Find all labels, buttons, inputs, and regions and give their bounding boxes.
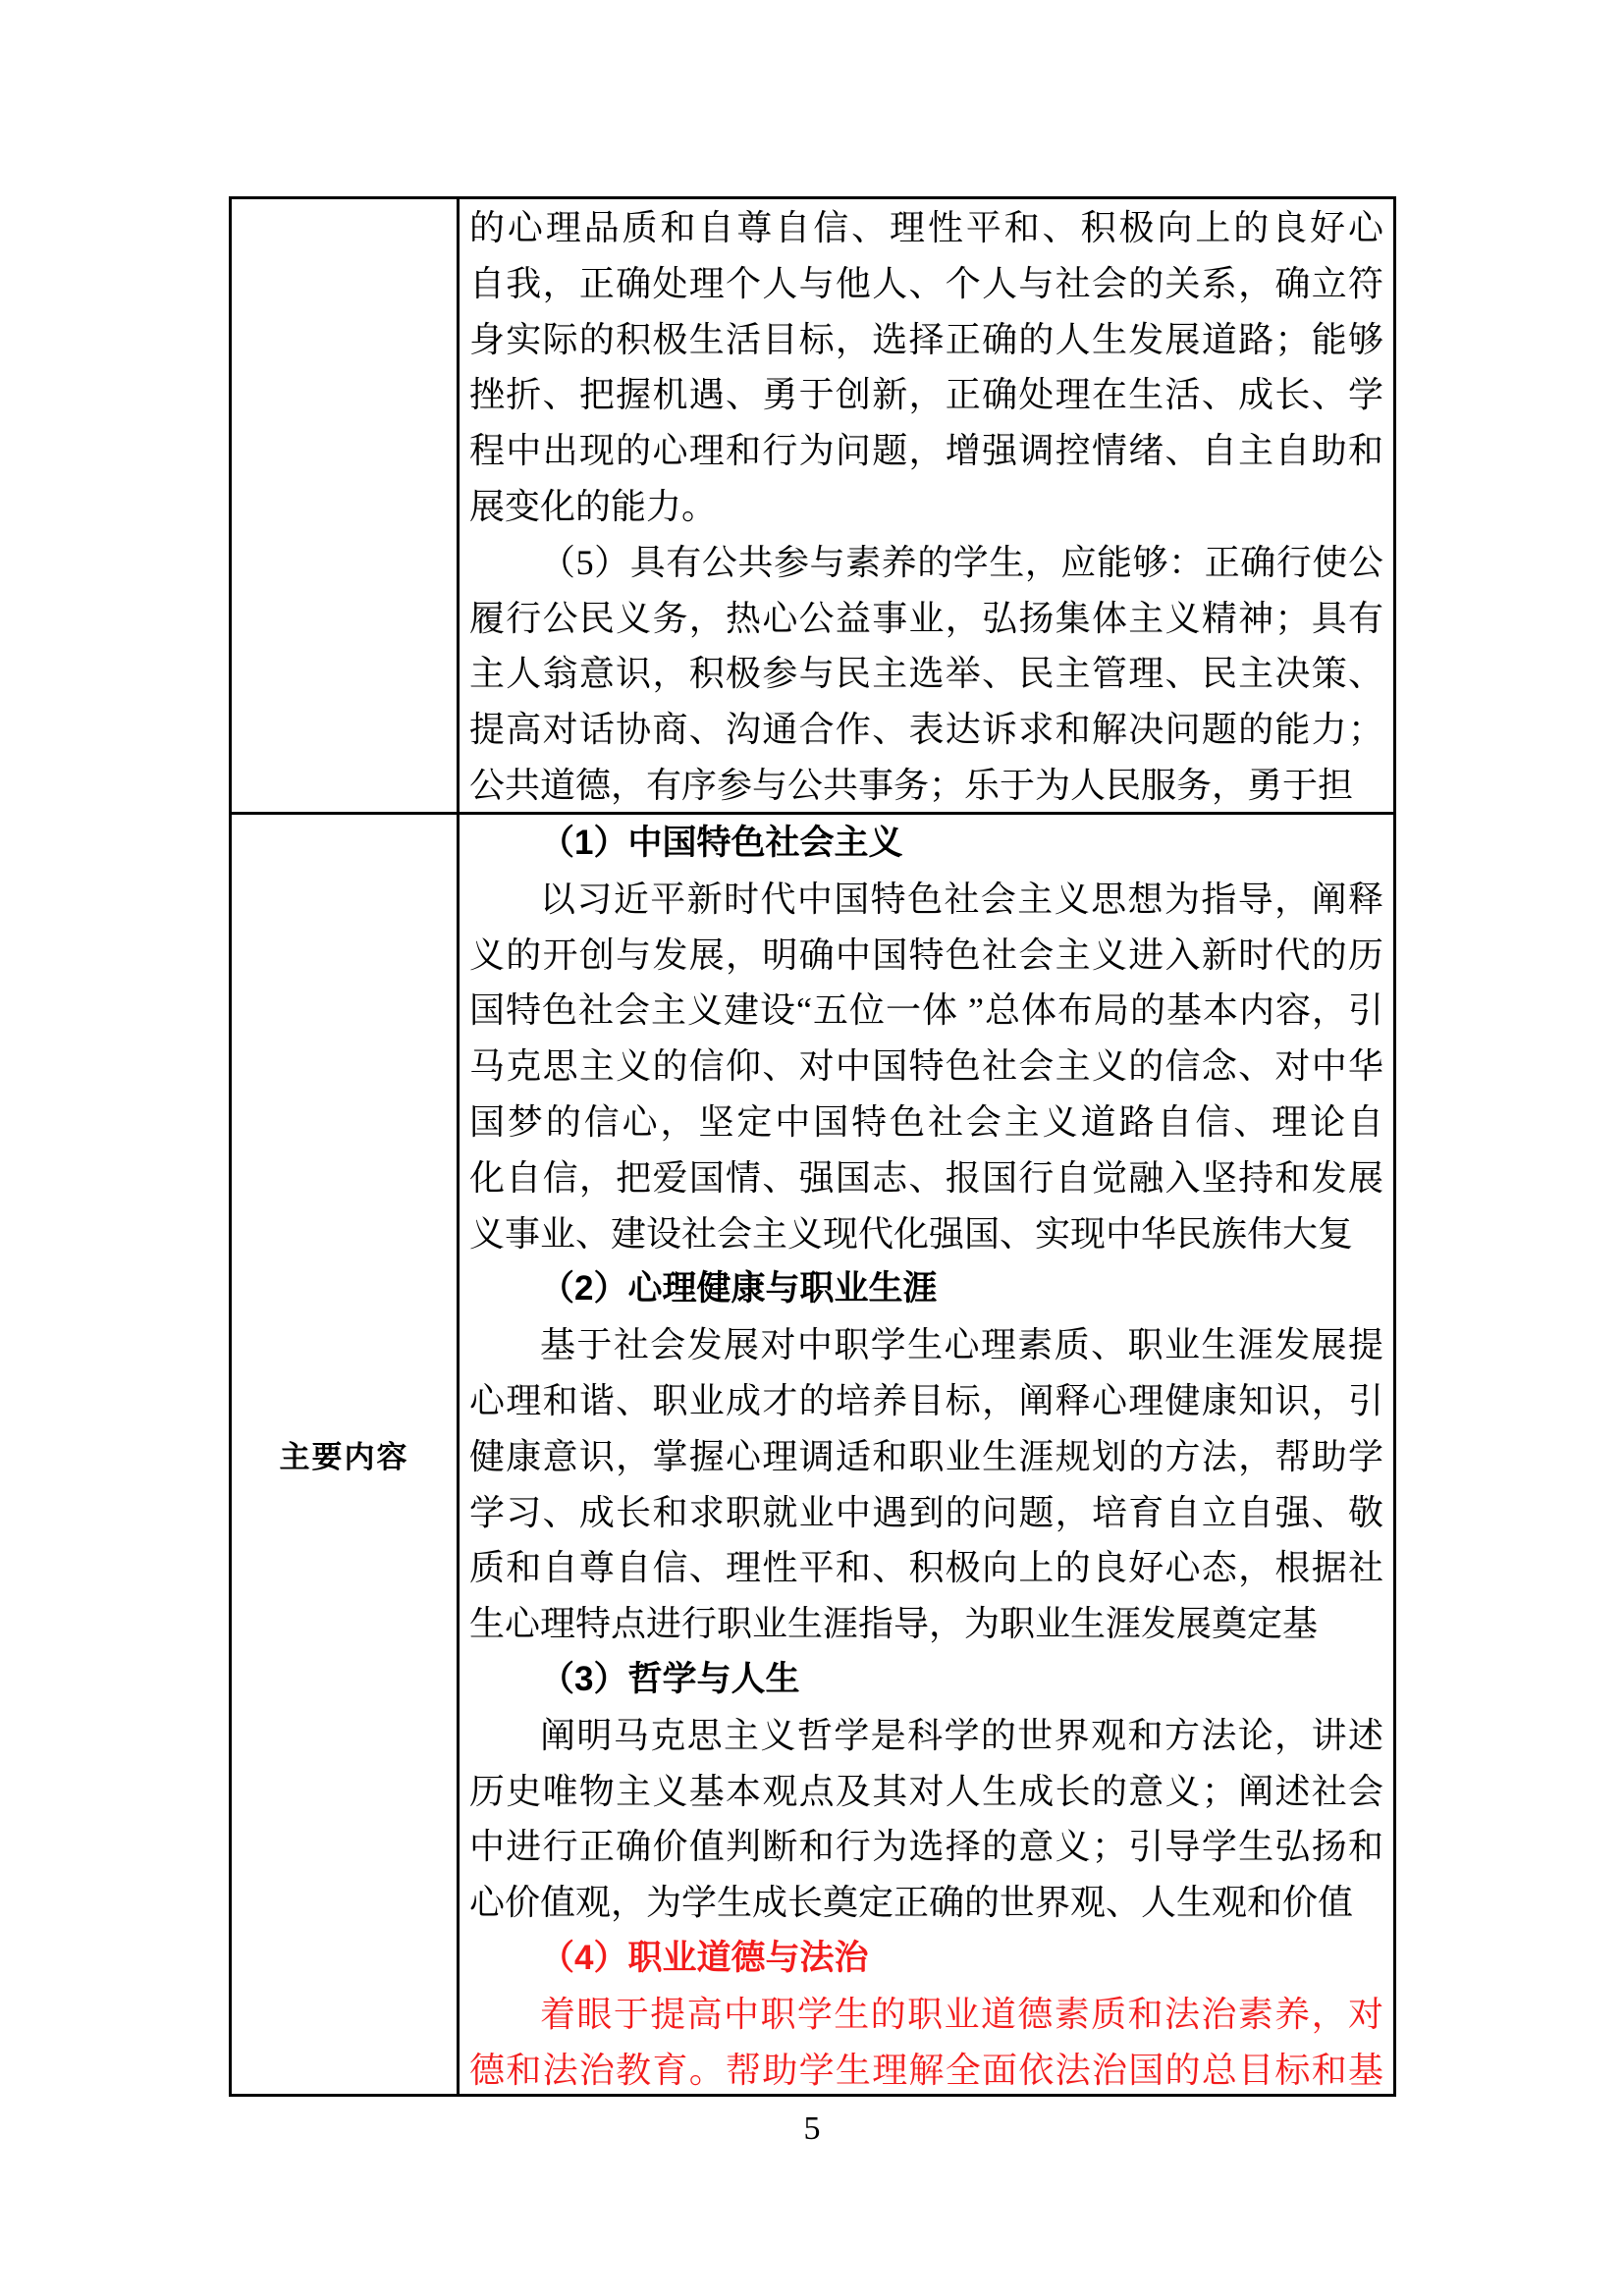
text-line: 公共道德，有序参与公共事务；乐于为人民服务，勇于担当社会责任。	[469, 758, 1383, 812]
text-line: 着眼于提高中职学生的职业道德素质和法治素养，对学生进行职业道	[469, 1987, 1383, 2043]
text-line: 提高对话协商、沟通合作、表达诉求和解决问题的能力；遵守社会规则和	[469, 702, 1383, 758]
table-row: 主要内容 （1）中国特色社会主义以习近平新时代中国特色社会主义思想为指导，阐释中…	[232, 812, 1393, 2094]
text-line: 身实际的积极生活目标，选择正确的人生发展道路；能够适应环境、应对	[469, 312, 1383, 368]
text-line: （5）具有公共参与素养的学生，应能够：正确行使公民权利， 自觉	[469, 535, 1383, 591]
label-cell: 主要内容	[232, 815, 460, 2094]
text-line: 历史唯物主义基本观点及其对人生成长的意义；阐述社会生活及个人成长	[469, 1764, 1383, 1820]
text-line: 阐明马克思主义哲学是科学的世界观和方法论，讲述辩证唯物主义和	[469, 1708, 1383, 1764]
content-cell: 的心理品质和自尊自信、理性平和、积极向上的良好心态；能够正确认识自我，正确处理个…	[460, 199, 1393, 812]
text-line: 德和法治教育。帮助学生理解全面依法治国的总目标和基本要求，了解职	[469, 2043, 1383, 2094]
text-line: 基于社会发展对中职学生心理素质、职业生涯发展提出的新要求以及	[469, 1317, 1383, 1373]
text-line: 义事业、建设社会主义现代化强国、实现中华民族伟大复兴的奋斗之中。	[469, 1206, 1383, 1262]
text-line: 马克思主义的信仰、对中国特色社会主义的信念、对中华民族伟大复兴中	[469, 1039, 1383, 1095]
text-line: 国梦的信心，坚定中国特色社会主义道路自信、理论自信、制度自信、文	[469, 1095, 1383, 1150]
content-table: 的心理品质和自尊自信、理性平和、积极向上的良好心态；能够正确认识自我，正确处理个…	[229, 196, 1396, 2097]
table-row: 的心理品质和自尊自信、理性平和、积极向上的良好心态；能够正确认识自我，正确处理个…	[232, 199, 1393, 812]
text-line: 展变化的能力。	[469, 479, 1383, 535]
text-line: 学习、成长和求职就业中遇到的问题，培育自立自强、敬业乐群的心理品	[469, 1485, 1383, 1541]
text-line: 的心理品质和自尊自信、理性平和、积极向上的良好心态；能够正确认识	[469, 200, 1383, 256]
text-line: 自我，正确处理个人与他人、个人与社会的关系，确立符合社会需要和自	[469, 256, 1383, 312]
text-line: 心价值观，为学生成长奠定正确的世界观、人生观和价值观基础。	[469, 1875, 1383, 1931]
text-line: 主人翁意识，积极参与民主选举、民主管理、民主决策、民主监督的实践，	[469, 646, 1383, 702]
text-line: 化自信，把爱国情、强国志、报国行自觉融入坚持和发展中国特色社会主	[469, 1150, 1383, 1206]
section-heading: （4）职业道德与法治	[469, 1931, 1383, 1987]
text-line: 中进行正确价值判断和行为选择的意义；引导学生弘扬和践行社会主义核	[469, 1819, 1383, 1875]
content-cell: （1）中国特色社会主义以习近平新时代中国特色社会主义思想为指导，阐释中国特色社会…	[460, 815, 1393, 2094]
page-number: 5	[0, 2110, 1624, 2148]
row-label-main-content: 主要内容	[280, 1432, 409, 1476]
text-line: 以习近平新时代中国特色社会主义思想为指导，阐释中国特色社会主	[469, 872, 1383, 928]
text-line: 挫折、把握机遇、勇于创新，正确处理在生活、成长、学习和求职就业过	[469, 367, 1383, 423]
text-line: 质和自尊自信、理性平和、积极向上的良好心态，根据社会发展需要和学	[469, 1540, 1383, 1596]
section-heading: （3）哲学与人生	[469, 1652, 1383, 1708]
text-line: 健康意识，掌握心理调适和职业生涯规划的方法，帮助学生正确处理生活、	[469, 1429, 1383, 1485]
text-line: 义的开创与发展，明确中国特色社会主义进入新时代的历史方位，阐明中	[469, 928, 1383, 984]
text-line: 国特色社会主义建设“五位一体 ”总体布局的基本内容，引导学生树立对	[469, 983, 1383, 1039]
text-line: 履行公民义务，热心公益事业，弘扬集体主义精神；具有人民当家作主的	[469, 591, 1383, 647]
text-line: 心理和谐、职业成才的培养目标，阐释心理健康知识，引导学生树立心理	[469, 1373, 1383, 1429]
label-cell	[232, 199, 460, 812]
text-line: 程中出现的心理和行为问题，增强调控情绪、自主自助和积极适应社会发	[469, 423, 1383, 479]
section-heading: （1）中国特色社会主义	[469, 816, 1383, 872]
text-line: 生心理特点进行职业生涯指导，为职业生涯发展奠定基础。	[469, 1596, 1383, 1652]
section-heading: （2）心理健康与职业生涯	[469, 1261, 1383, 1317]
document-page: 的心理品质和自尊自信、理性平和、积极向上的良好心态；能够正确认识自我，正确处理个…	[0, 0, 1624, 2296]
